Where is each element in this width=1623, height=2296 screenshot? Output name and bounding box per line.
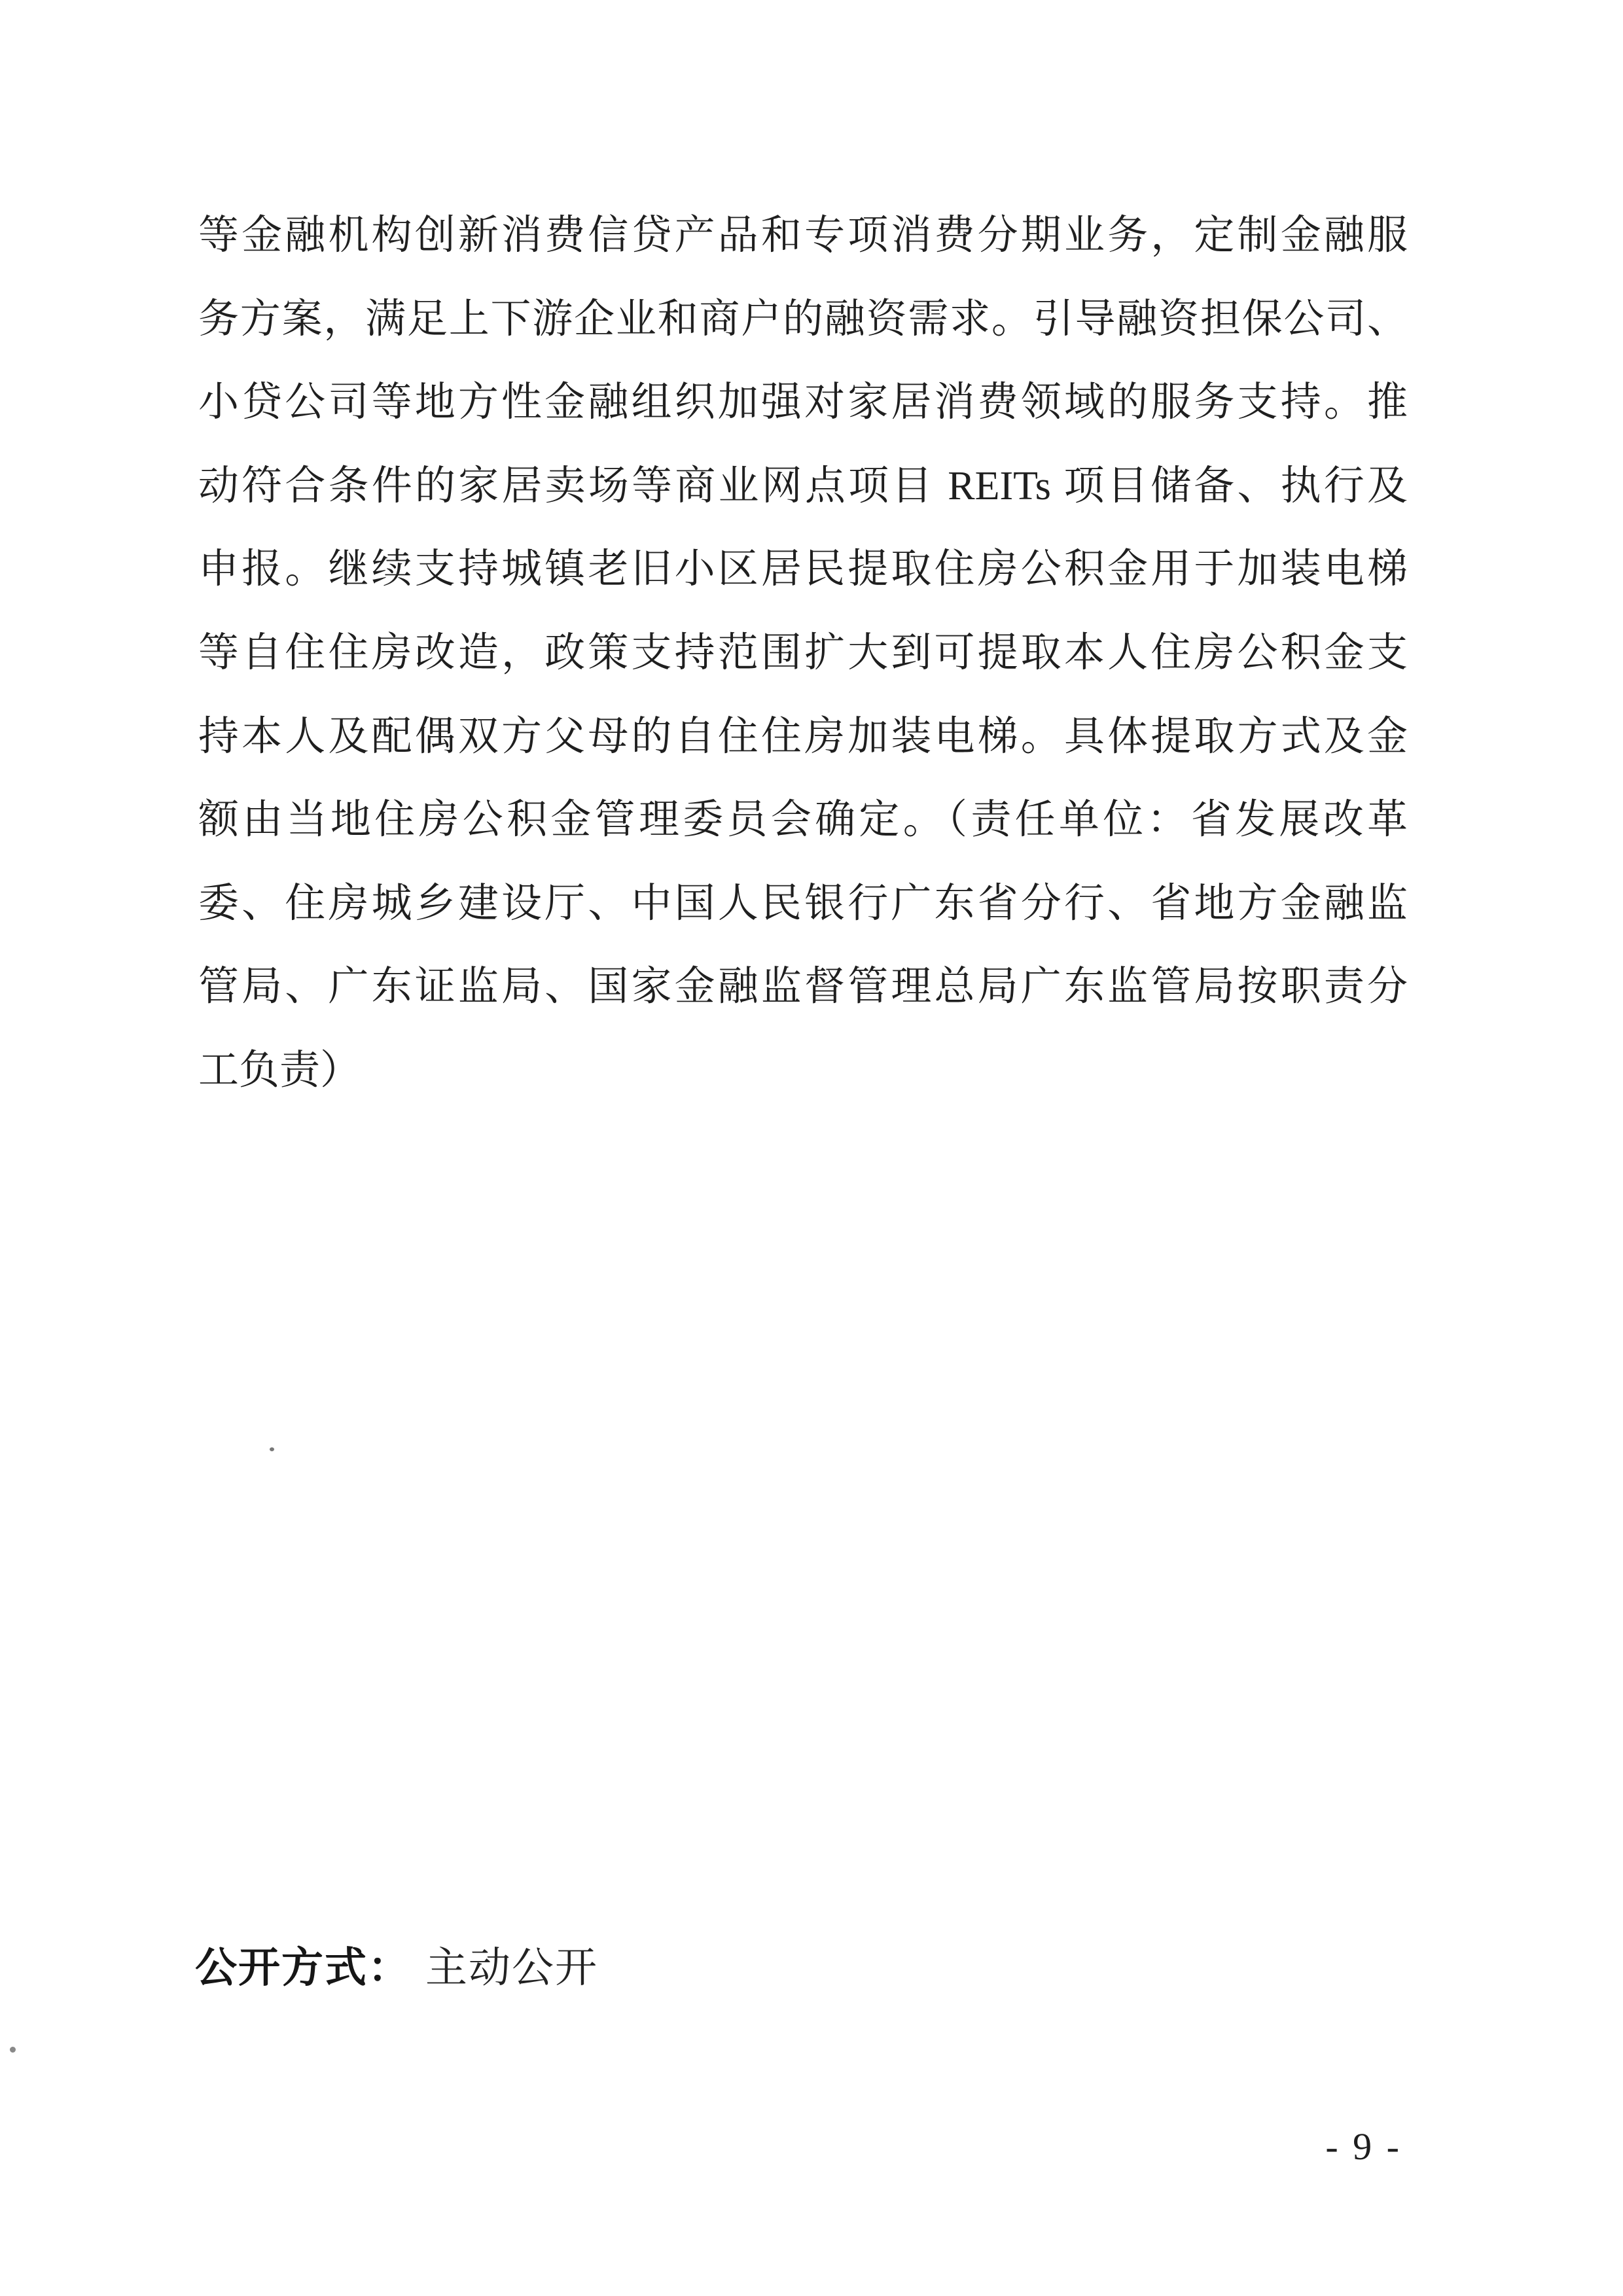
body-paragraph: 等金融机构创新消费信贷产品和专项消费分期业务，定制金融服 务方案，满足上下游企业… <box>198 194 1408 1113</box>
document-page: 等金融机构创新消费信贷产品和专项消费分期业务，定制金融服 务方案，满足上下游企业… <box>0 0 1623 2296</box>
paragraph-line-11: 工负责） <box>198 1029 1408 1113</box>
paragraph-line-5: 申报。继续支持城镇老旧小区居民提取住房公积金用于加装电梯 <box>198 528 1408 612</box>
disclosure-method-label: 公开方式： <box>195 1944 411 1991</box>
paragraph-line-4: 动符合条件的家居卖场等商业网点项目 REITs 项目储备、执行及 <box>198 445 1408 529</box>
scan-artifact-dot <box>10 2047 16 2053</box>
paragraph-line-1: 等金融机构创新消费信贷产品和专项消费分期业务，定制金融服 <box>198 194 1408 278</box>
paragraph-line-10: 管局、广东证监局、国家金融监督管理总局广东监管局按职责分 <box>198 945 1408 1029</box>
paragraph-line-3: 小贷公司等地方性金融组织加强对家居消费领域的服务支持。推 <box>198 361 1408 445</box>
paragraph-line-8: 额由当地住房公积金管理委员会确定。（责任单位：省发展改革 <box>198 779 1408 862</box>
disclosure-method-value: 主动公开 <box>425 1945 598 1991</box>
scan-artifact-dot <box>270 1447 274 1451</box>
paragraph-line-6: 等自住住房改造，政策支持范围扩大到可提取本人住房公积金支 <box>198 612 1408 696</box>
disclosure-method-row: 公开方式：主动公开 <box>195 1945 598 1991</box>
page-number: - 9 - <box>1325 2128 1402 2166</box>
paragraph-line-2: 务方案，满足上下游企业和商户的融资需求。引导融资担保公司、 <box>198 278 1408 362</box>
paragraph-line-7: 持本人及配偶双方父母的自住住房加装电梯。具体提取方式及金 <box>198 696 1408 779</box>
paragraph-line-9: 委、住房城乡建设厅、中国人民银行广东省分行、省地方金融监 <box>198 862 1408 946</box>
